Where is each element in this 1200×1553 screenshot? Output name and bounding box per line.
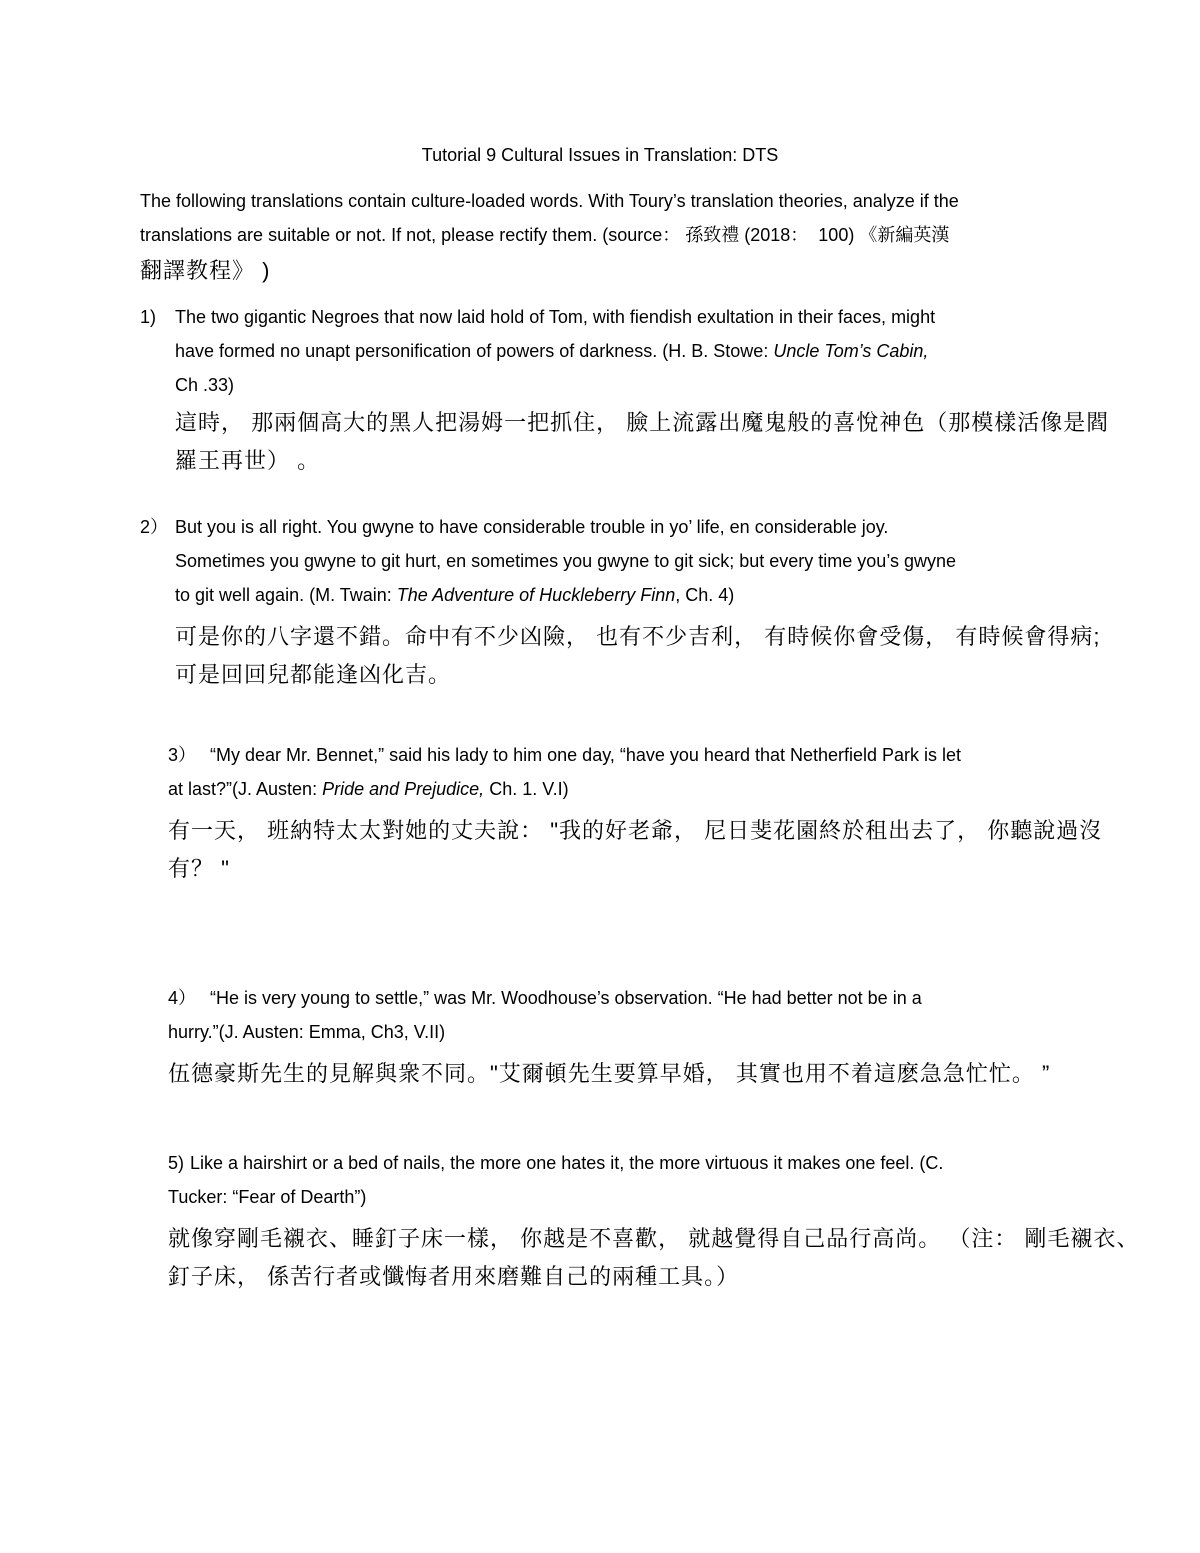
item-4-chinese-line-1: 伍德豪斯先生的見解與衆不同。"艾爾頓先生要算早婚， 其實也用不着這麽急急忙忙。 …	[168, 1055, 1050, 1093]
item-2-number: 2）	[140, 510, 175, 694]
item-3-english-line-2: at last?”(J. Austen: Pride and Prejudice…	[168, 772, 1102, 806]
item-2-english-line-3: to git well again. (M. Twain: The Advent…	[175, 578, 1100, 612]
item-1-chinese-line-1: 這時， 那兩個高大的黑人把湯姆一把抓住， 臉上流露出魔鬼般的喜悅神色（那模樣活像…	[175, 404, 1109, 442]
document-page: Tutorial 9 Cultural Issues in Translatio…	[0, 0, 1200, 1553]
item-1-english-line-3: Ch .33)	[175, 368, 1109, 402]
book-title-italic: The Adventure of Huckleberry Finn	[397, 585, 675, 605]
item-4: 4）“He is very young to settle,” was Mr. …	[168, 981, 1050, 1093]
item-1-body: The two gigantic Negroes that now laid h…	[175, 300, 1109, 480]
item-5-translation: 就像穿剛毛襯衣、睡釘子床一樣， 你越是不喜歡， 就越覺得自己品行高尚。 （注： …	[168, 1220, 1139, 1296]
item-4-english-line-2: hurry.”(J. Austen: Emma, Ch3, V.II)	[168, 1015, 1050, 1049]
item-2-english-line-1: But you is all right. You gwyne to have …	[175, 510, 1100, 544]
item-3-number: 3）	[168, 738, 196, 772]
item-4-translation: 伍德豪斯先生的見解與衆不同。"艾爾頓先生要算早婚， 其實也用不着這麽急急忙忙。 …	[168, 1055, 1050, 1093]
book-title-italic: Uncle Tom’s Cabin,	[773, 341, 928, 361]
item-1: 1) The two gigantic Negroes that now lai…	[140, 300, 1109, 480]
item-5: 5)Like a hairshirt or a bed of nails, th…	[168, 1146, 1139, 1296]
item-5-chinese-line-1: 就像穿剛毛襯衣、睡釘子床一樣， 你越是不喜歡， 就越覺得自己品行高尚。 （注： …	[168, 1220, 1139, 1258]
item-3-chinese-line-2: 有？ "	[168, 850, 1102, 888]
item-5-english-line-1-text: Like a hairshirt or a bed of nails, the …	[190, 1153, 943, 1173]
item-3: 3）“My dear Mr. Bennet,” said his lady to…	[168, 738, 1102, 888]
item-3-english-line-2-text: at last?”(J. Austen:	[168, 779, 322, 799]
item-5-number: 5)	[168, 1146, 184, 1180]
item-3-chinese-line-1: 有一天， 班納特太太對她的丈夫說： "我的好老爺， 尼日斐花園終於租出去了， 你…	[168, 812, 1102, 850]
item-1-translation: 這時， 那兩個高大的黑人把湯姆一把抓住， 臉上流露出魔鬼般的喜悅神色（那模樣活像…	[175, 404, 1109, 480]
item-3-english-line-1: 3）“My dear Mr. Bennet,” said his lady to…	[168, 738, 1102, 772]
item-5-english-line-2: Tucker: “Fear of Dearth”)	[168, 1180, 1139, 1214]
item-2-english-line-3-text: to git well again. (M. Twain:	[175, 585, 397, 605]
item-4-english-line-1-text: “He is very young to settle,” was Mr. Wo…	[210, 988, 922, 1008]
item-5-english-line-1: 5)Like a hairshirt or a bed of nails, th…	[168, 1146, 1139, 1180]
item-1-english-line-2-text: have formed no unapt personification of …	[175, 341, 773, 361]
item-4-english-line-1: 4）“He is very young to settle,” was Mr. …	[168, 981, 1050, 1015]
item-5-chinese-line-2: 釘子床， 係苦行者或懺悔者用來磨難自己的兩種工具。）	[168, 1258, 1139, 1296]
book-title-italic: Pride and Prejudice,	[322, 779, 484, 799]
intro-line-3: 翻譯教程》 )	[140, 252, 959, 290]
item-1-chinese-line-2: 羅王再世） 。	[175, 442, 1109, 480]
item-4-number: 4）	[168, 981, 196, 1015]
item-2-chinese-line-1: 可是你的八字還不錯。命中有不少凶險， 也有不少吉利， 有時候你會受傷， 有時候會…	[175, 618, 1100, 656]
item-2-body: But you is all right. You gwyne to have …	[175, 510, 1100, 694]
item-1-number: 1)	[140, 300, 175, 480]
intro-paragraph: The following translations contain cultu…	[140, 184, 959, 290]
item-2-english-line-3-tail: , Ch. 4)	[675, 585, 734, 605]
item-1-english-line-2: have formed no unapt personification of …	[175, 334, 1109, 368]
item-3-english-line-2-tail: Ch. 1. V.I)	[484, 779, 568, 799]
item-3-english-line-1-text: “My dear Mr. Bennet,” said his lady to h…	[210, 745, 961, 765]
item-3-translation: 有一天， 班納特太太對她的丈夫說： "我的好老爺， 尼日斐花園終於租出去了， 你…	[168, 812, 1102, 888]
intro-line-2: translations are suitable or not. If not…	[140, 218, 959, 252]
item-1-english-line-1: The two gigantic Negroes that now laid h…	[175, 300, 1109, 334]
item-2: 2） But you is all right. You gwyne to ha…	[140, 510, 1100, 694]
item-2-chinese-line-2: 可是回回兒都能逢凶化吉。	[175, 656, 1100, 694]
intro-line-1: The following translations contain cultu…	[140, 184, 959, 218]
page-title: Tutorial 9 Cultural Issues in Translatio…	[140, 144, 1060, 166]
item-2-english-line-2: Sometimes you gwyne to git hurt, en some…	[175, 544, 1100, 578]
item-2-translation: 可是你的八字還不錯。命中有不少凶險， 也有不少吉利， 有時候你會受傷， 有時候會…	[175, 618, 1100, 694]
